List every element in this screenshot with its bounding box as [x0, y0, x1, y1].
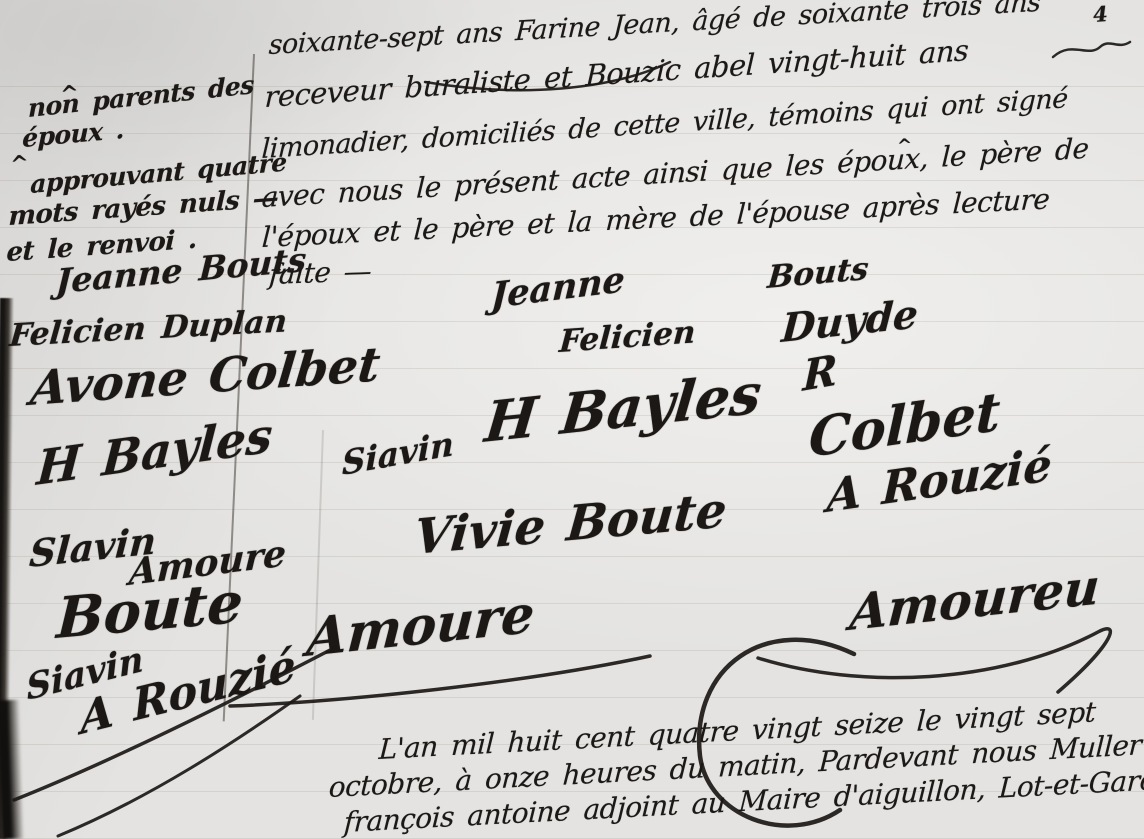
signature-bouts-mid: Bouts	[766, 251, 870, 296]
signature-amoure-mid: Amoure	[305, 583, 536, 669]
signature-duplan-right: Duyde	[780, 291, 919, 352]
signature-vivie-boute-mid: Vivie Boute	[412, 482, 729, 566]
signature-h-bayle-mid: H Bayles	[482, 360, 764, 455]
signature-monogram-right: R	[802, 345, 838, 401]
signature-siavin-mid: Siavin	[342, 424, 454, 483]
renvoi-mark-4: 4	[1092, 1, 1108, 27]
signature-h-bayle-left: H Bayles	[35, 408, 274, 497]
registry-page-scan: soixante-sept ans Farine Jean, âgé de so…	[0, 0, 1144, 839]
margin-caret-2: ^	[9, 150, 30, 178]
fold-line	[312, 430, 324, 720]
signature-amoureux-right: Amoureu	[848, 557, 1102, 642]
book-binding-shadow	[0, 700, 24, 839]
margin-note-1-line-1: non parents des	[28, 70, 254, 123]
signature-jeanne-mid: Jeanne	[490, 259, 626, 317]
signature-boute-left: Boute	[55, 569, 245, 652]
amoureux-right-underline	[758, 629, 1110, 692]
signature-felicien-mid: Felicien	[558, 314, 697, 360]
renvoi-mark-flourish	[1053, 42, 1130, 57]
